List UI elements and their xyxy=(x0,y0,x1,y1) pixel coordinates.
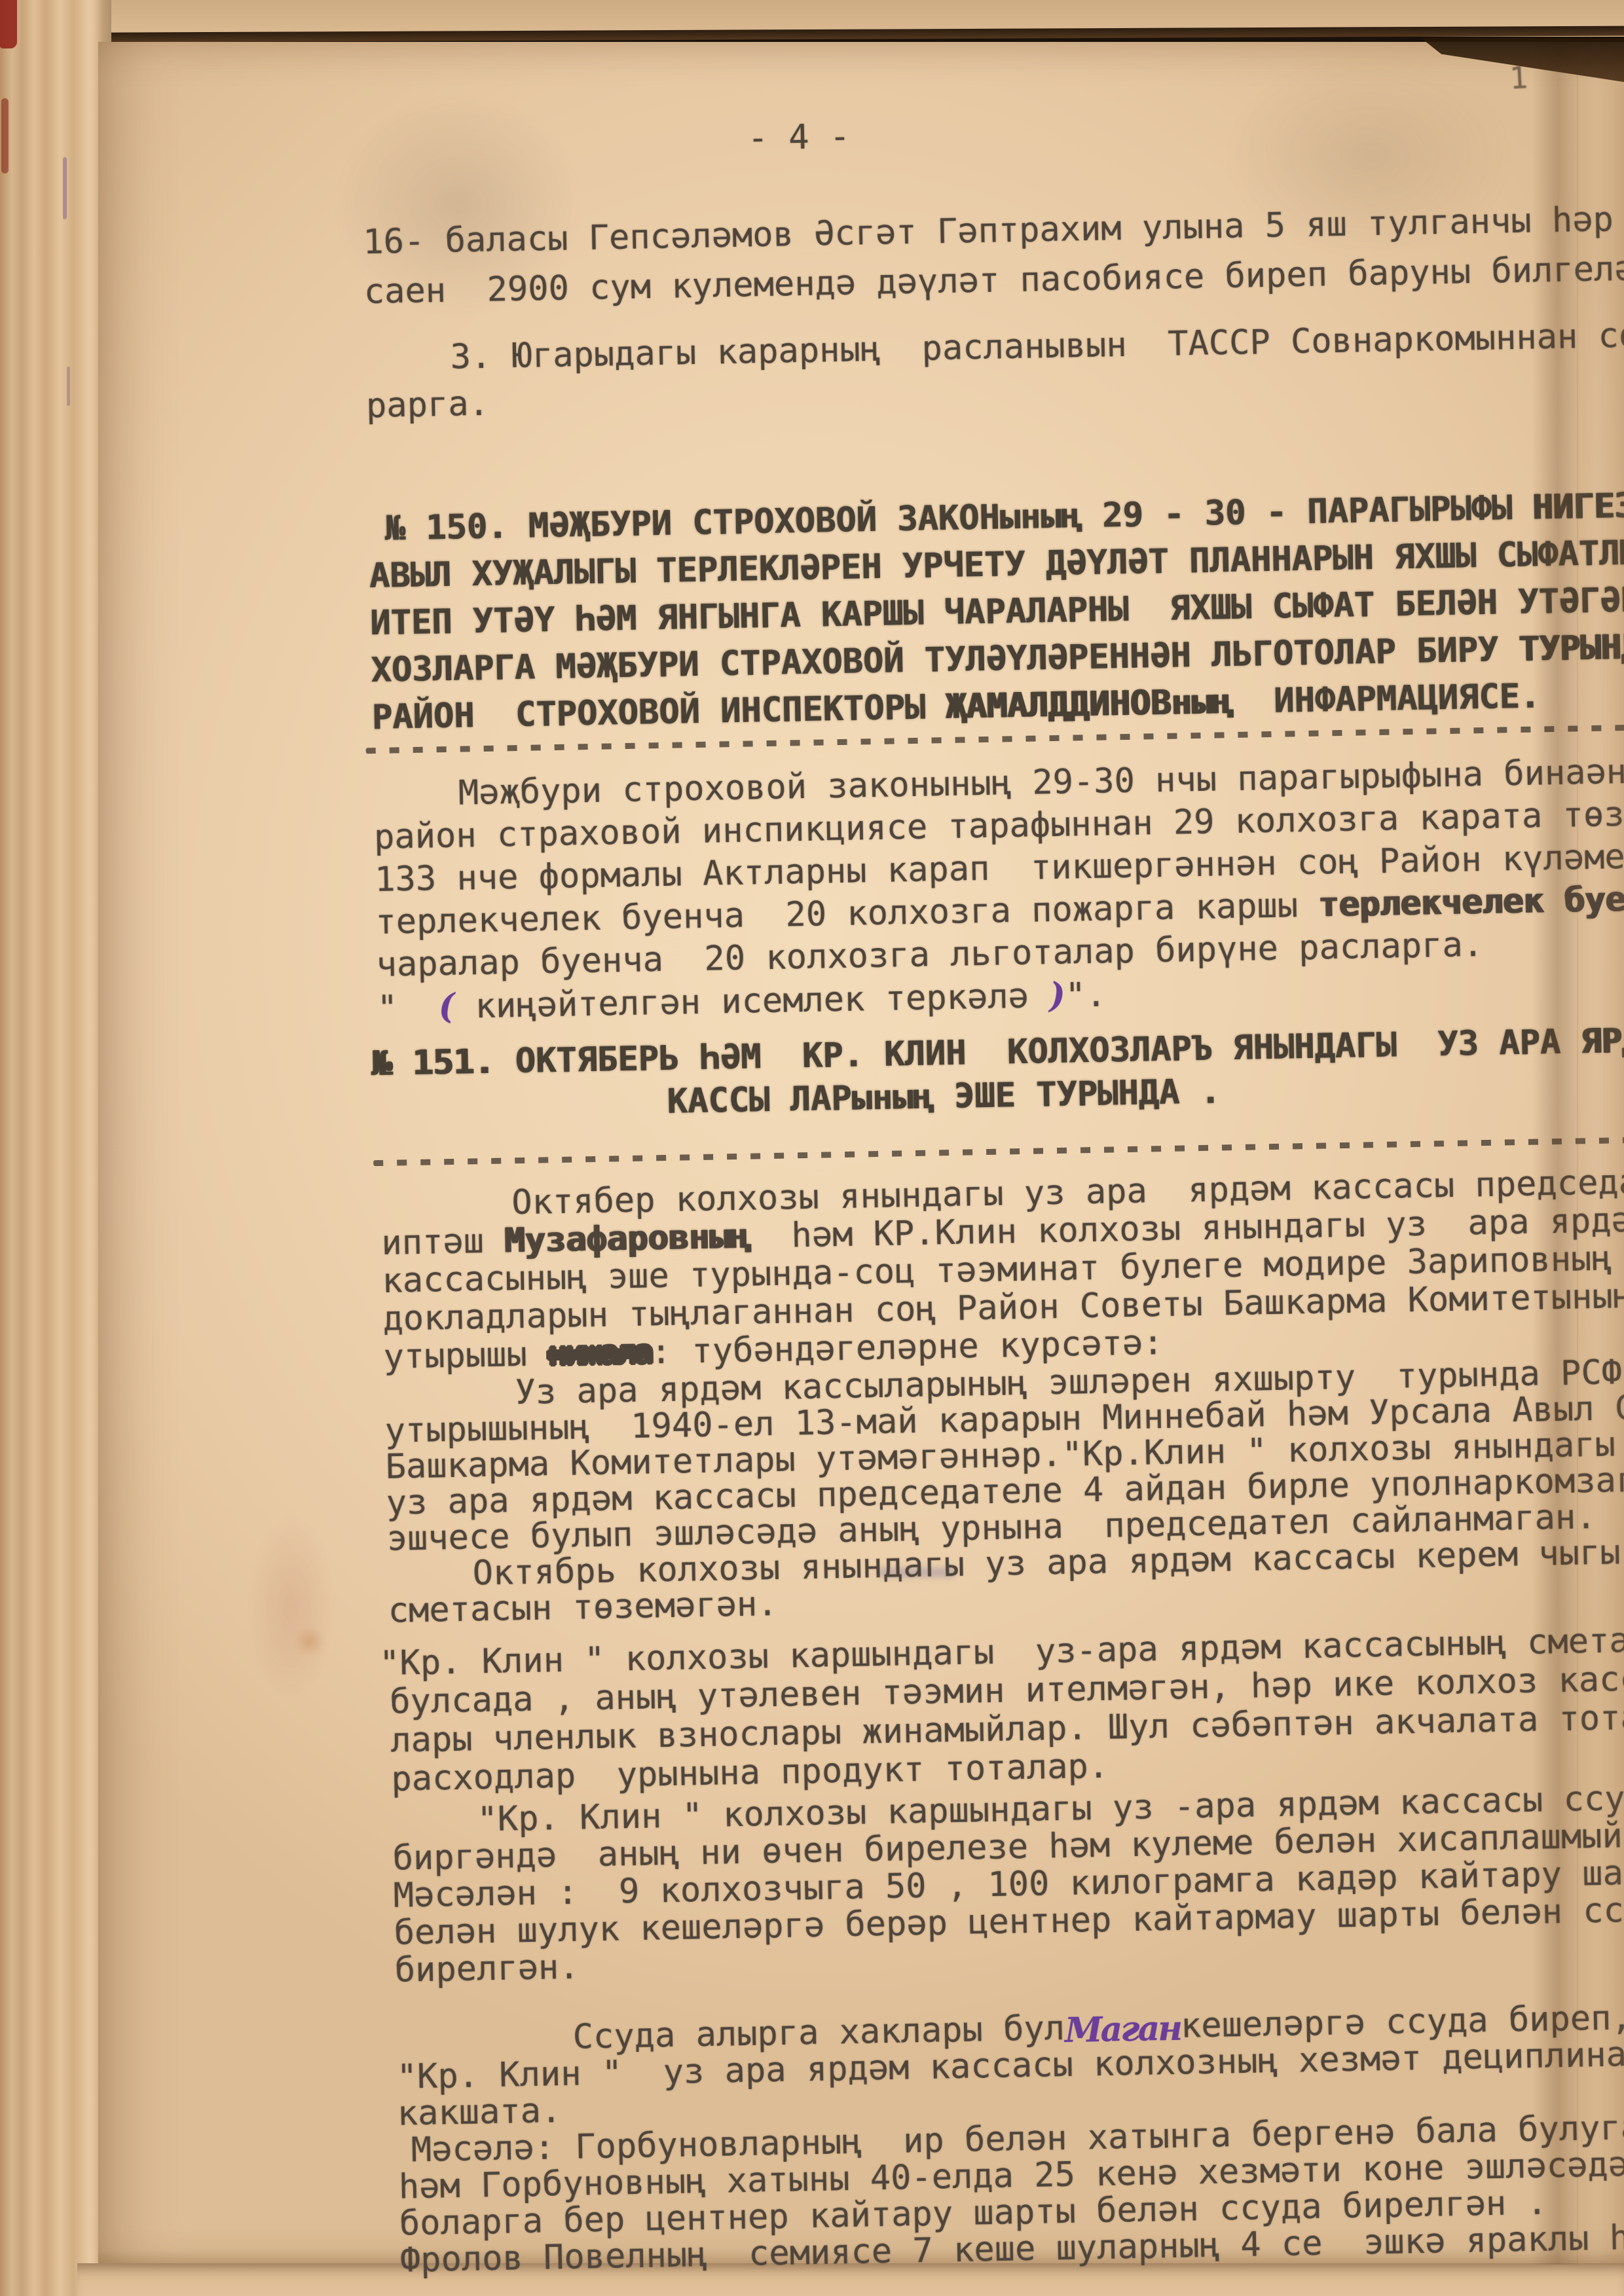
typed-segment: какшата. xyxy=(397,2091,562,2134)
typed-segment-ot: Музафаровның xyxy=(504,1217,751,1261)
typed-segment-strike: нижала xyxy=(547,1332,652,1374)
red-binding-mark xyxy=(0,0,17,48)
typed-segment: ИНФАРМАЦИЯСЕ. xyxy=(1232,676,1541,721)
para-kassa-intro: Октябер колхозы янындагы уз ара ярдәм ка… xyxy=(380,1163,1624,1376)
page-curl-right xyxy=(1577,42,1624,2265)
typed-segment-hand: ( xyxy=(438,987,455,1027)
para-resolution-tail: 16- баласы Гепсәләмов Әсгәт Гәптрахим ул… xyxy=(363,192,1624,317)
typed-segment: КАССЫ ЛАРының ЭШЕ ТУРЫНДА . xyxy=(667,1072,1221,1121)
heading-150: № 150. МӘҖБУРИ СТРОХОВОЙ ЗАКОНының 29 - … xyxy=(368,481,1624,741)
typed-segment: утырышы xyxy=(383,1334,548,1377)
para-ssuda: "Кр. Клин " колхозы каршындагы уз -ара я… xyxy=(392,1779,1624,1990)
typed-segment-hand2: Маган xyxy=(1064,2009,1181,2050)
typed-segment: киңәйтелгән исемлек теркәлә xyxy=(454,976,1050,1027)
heading-151: № 151. ОКТЯБЕРЬ ҺӘМ КР. КЛИН КОЛХОЗЛАРЪ … xyxy=(378,1018,1624,1129)
scanned-archive-page: { "palette":{ "paper":"#eed3b0", "paper_… xyxy=(0,0,1624,2296)
typed-segment: сметасын төземәгән. xyxy=(388,1584,778,1631)
typed-segment: рарга. xyxy=(365,384,489,426)
typed-segment: - 4 - xyxy=(747,117,851,158)
para-point-3: 3. Югарыдагы карарның расланывын ТАССР С… xyxy=(365,312,1624,430)
typed-line: - 4 - xyxy=(747,117,851,158)
purple-edge-mark xyxy=(63,157,67,219)
typed-segment: РАЙОН СТРОХОВОЙ ИНСПЕКТОРЫ xyxy=(371,687,946,737)
para-smeta: "Кр. Клин " колхозы каршындагы уз-ара яр… xyxy=(389,1621,1624,1799)
page-fold-crease xyxy=(1532,42,1578,2265)
para-insurance-report: Мәҗбури строховой законының 29-30 нчы па… xyxy=(373,749,1624,1030)
typed-segment: ". xyxy=(1065,975,1107,1015)
red-binding-mark-2 xyxy=(1,98,9,173)
para-kassa-faults: Уз ара ярдәм кассыларының эшләрен яхшырт… xyxy=(384,1354,1624,1630)
typed-segment: иптәш xyxy=(381,1222,505,1263)
typed-segment: бирелгән. xyxy=(394,1948,580,1990)
typed-segment-hand: ) xyxy=(1049,975,1066,1015)
para-discipline: Ссуда алырга хаклары булМаганкешеләргә с… xyxy=(396,1999,1624,2279)
dashed-separator-2 xyxy=(373,1136,1624,1167)
text-layer: 1 - 4 -16- баласы Гепсәләмов Әсгәт Гәптр… xyxy=(78,19,1624,2269)
typed-segment-ot: № 151. xyxy=(371,1042,495,1084)
page-number: - 4 - xyxy=(361,117,851,166)
typed-segment-ot: ҖАМАЛДДИНОВның xyxy=(946,682,1233,727)
document-page: 1 - 4 -16- баласы Гепсәләмов Әсгәт Гәптр… xyxy=(98,42,1624,2265)
purple-edge-mark-2 xyxy=(67,367,70,406)
typed-segment: " xyxy=(377,987,439,1028)
